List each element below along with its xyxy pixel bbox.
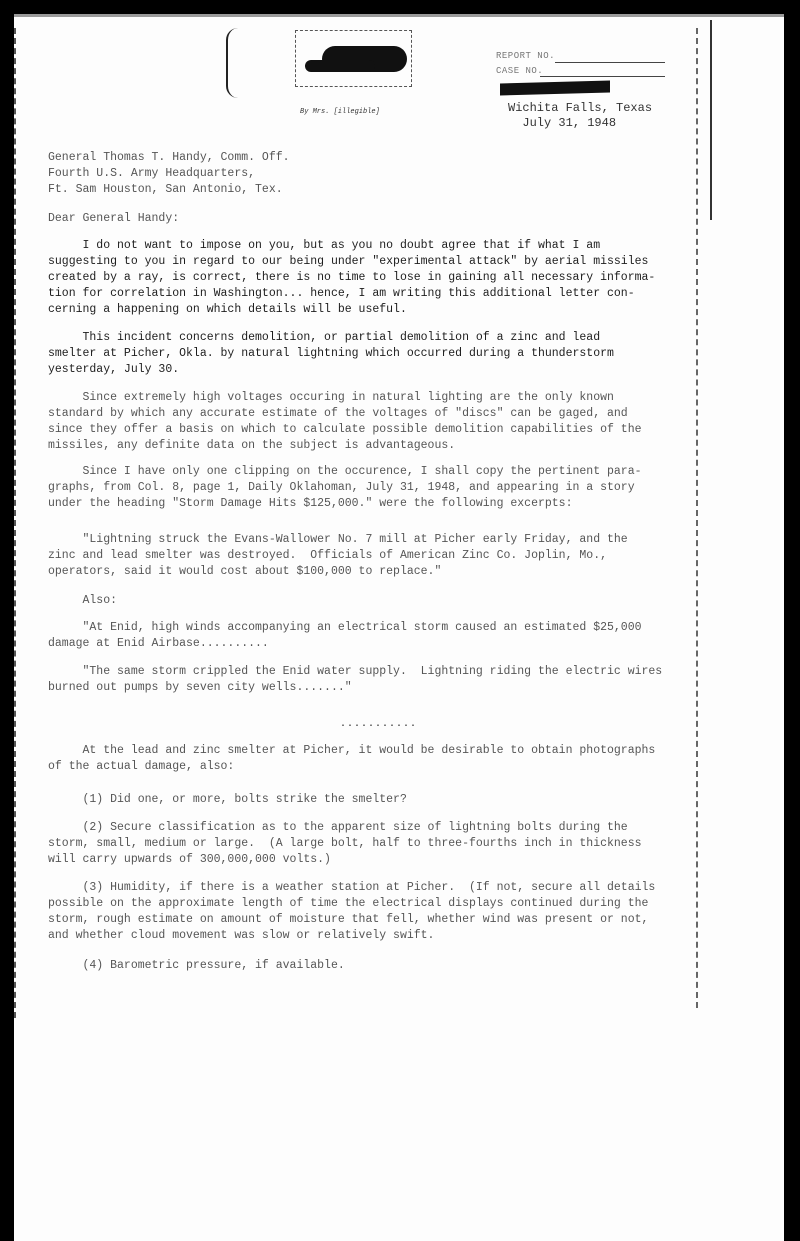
paragraph-request: At the lead and zinc smelter at Picher, … — [48, 743, 688, 775]
text-line: At the lead and zinc smelter at Picher, … — [48, 743, 688, 759]
request-item-1: (1) Did one, or more, bolts strike the s… — [48, 792, 688, 808]
text-line: possible on the approximate length of ti… — [48, 896, 688, 912]
text-line: of the actual damage, also: — [48, 759, 688, 775]
request-item-3: (3) Humidity, if there is a weather stat… — [48, 880, 688, 944]
text-line: tion for correlation in Washington... he… — [48, 286, 688, 302]
letter-location: Wichita Falls, Texas — [508, 101, 652, 115]
quote-enid-airbase: "At Enid, high winds accompanying an ele… — [48, 620, 688, 652]
text-line: and whether cloud movement was slow or r… — [48, 928, 688, 944]
paragraph-incident: This incident concerns demolition, or pa… — [48, 330, 688, 378]
addressee-line: Ft. Sam Houston, San Antonio, Tex. — [48, 182, 688, 198]
text-line: This incident concerns demolition, or pa… — [48, 330, 688, 346]
text-line: created by a ray, is correct, there is n… — [48, 270, 688, 286]
text-line: burned out pumps by seven city wells....… — [48, 680, 688, 696]
text-line: Since I have only one clipping on the oc… — [48, 464, 688, 480]
text-line: Since extremely high voltages occuring i… — [48, 390, 688, 406]
paragraph-clipping: Since I have only one clipping on the oc… — [48, 464, 688, 512]
letter-heading: Wichita Falls, Texas July 31, 1948 — [508, 101, 652, 131]
text-line: suggesting to you in regard to our being… — [48, 254, 688, 270]
left-margin-rule — [14, 28, 16, 1018]
report-no-field — [555, 62, 665, 63]
addressee-line: Fourth U.S. Army Headquarters, — [48, 166, 688, 182]
redaction-mark-lower — [305, 60, 375, 72]
section-divider: ........... — [340, 719, 417, 730]
text-line: storm, rough estimate on amount of moist… — [48, 912, 688, 928]
request-item-4: (4) Barometric pressure, if available. — [48, 958, 688, 974]
text-line: smelter at Picher, Okla. by natural ligh… — [48, 346, 688, 362]
text-line: (3) Humidity, if there is a weather stat… — [48, 880, 688, 896]
quote-picher: "Lightning struck the Evans-Wallower No.… — [48, 532, 688, 580]
text-line: "Lightning struck the Evans-Wallower No.… — [48, 532, 688, 548]
text-line: damage at Enid Airbase.......... — [48, 636, 688, 652]
text-line: since they offer a basis on which to cal… — [48, 422, 688, 438]
text-line: (4) Barometric pressure, if available. — [48, 958, 688, 974]
request-item-2: (2) Secure classification as to the appa… — [48, 820, 688, 868]
text-line: missiles, any definite data on the subje… — [48, 438, 688, 454]
addressee-line: General Thomas T. Handy, Comm. Off. — [48, 150, 688, 166]
text-line: storm, small, medium or large. (A large … — [48, 836, 688, 852]
also-label: Also: — [48, 593, 688, 609]
handwritten-bracket — [226, 28, 238, 98]
text-line: graphs, from Col. 8, page 1, Daily Oklah… — [48, 480, 688, 496]
text-line: cerning a happening on which details wil… — [48, 302, 688, 318]
text-line: under the heading "Storm Damage Hits $12… — [48, 496, 688, 512]
right-margin-rule — [696, 28, 698, 1008]
right-edge-line — [710, 20, 712, 220]
text-line: I do not want to impose on you, but as y… — [48, 238, 688, 254]
paragraph-intro: I do not want to impose on you, but as y… — [48, 238, 688, 318]
text-line: yesterday, July 30. — [48, 362, 688, 378]
text-line: (2) Secure classification as to the appa… — [48, 820, 688, 836]
text-line: "At Enid, high winds accompanying an ele… — [48, 620, 688, 636]
case-no-label: CASE NO. — [496, 66, 543, 76]
quote-enid-water: "The same storm crippled the Enid water … — [48, 664, 688, 696]
text-line: "The same storm crippled the Enid water … — [48, 664, 688, 680]
addressee-block: General Thomas T. Handy, Comm. Off.Fourt… — [48, 150, 688, 198]
handwritten-note: By Mrs. [illegible] — [300, 108, 380, 116]
salutation: Dear General Handy: — [48, 211, 688, 227]
report-no-label: REPORT NO. — [496, 51, 555, 61]
text-line: operators, said it would cost about $100… — [48, 564, 688, 580]
letter-date: July 31, 1948 — [522, 116, 616, 130]
paragraph-voltages: Since extremely high voltages occuring i… — [48, 390, 688, 454]
text-line: standard by which any accurate estimate … — [48, 406, 688, 422]
text-line: zinc and lead smelter was destroyed. Off… — [48, 548, 688, 564]
text-line: will carry upwards of 300,000,000 volts.… — [48, 852, 688, 868]
text-line: Also: — [48, 593, 688, 609]
text-line: (1) Did one, or more, bolts strike the s… — [48, 792, 688, 808]
case-no-field — [540, 76, 665, 77]
